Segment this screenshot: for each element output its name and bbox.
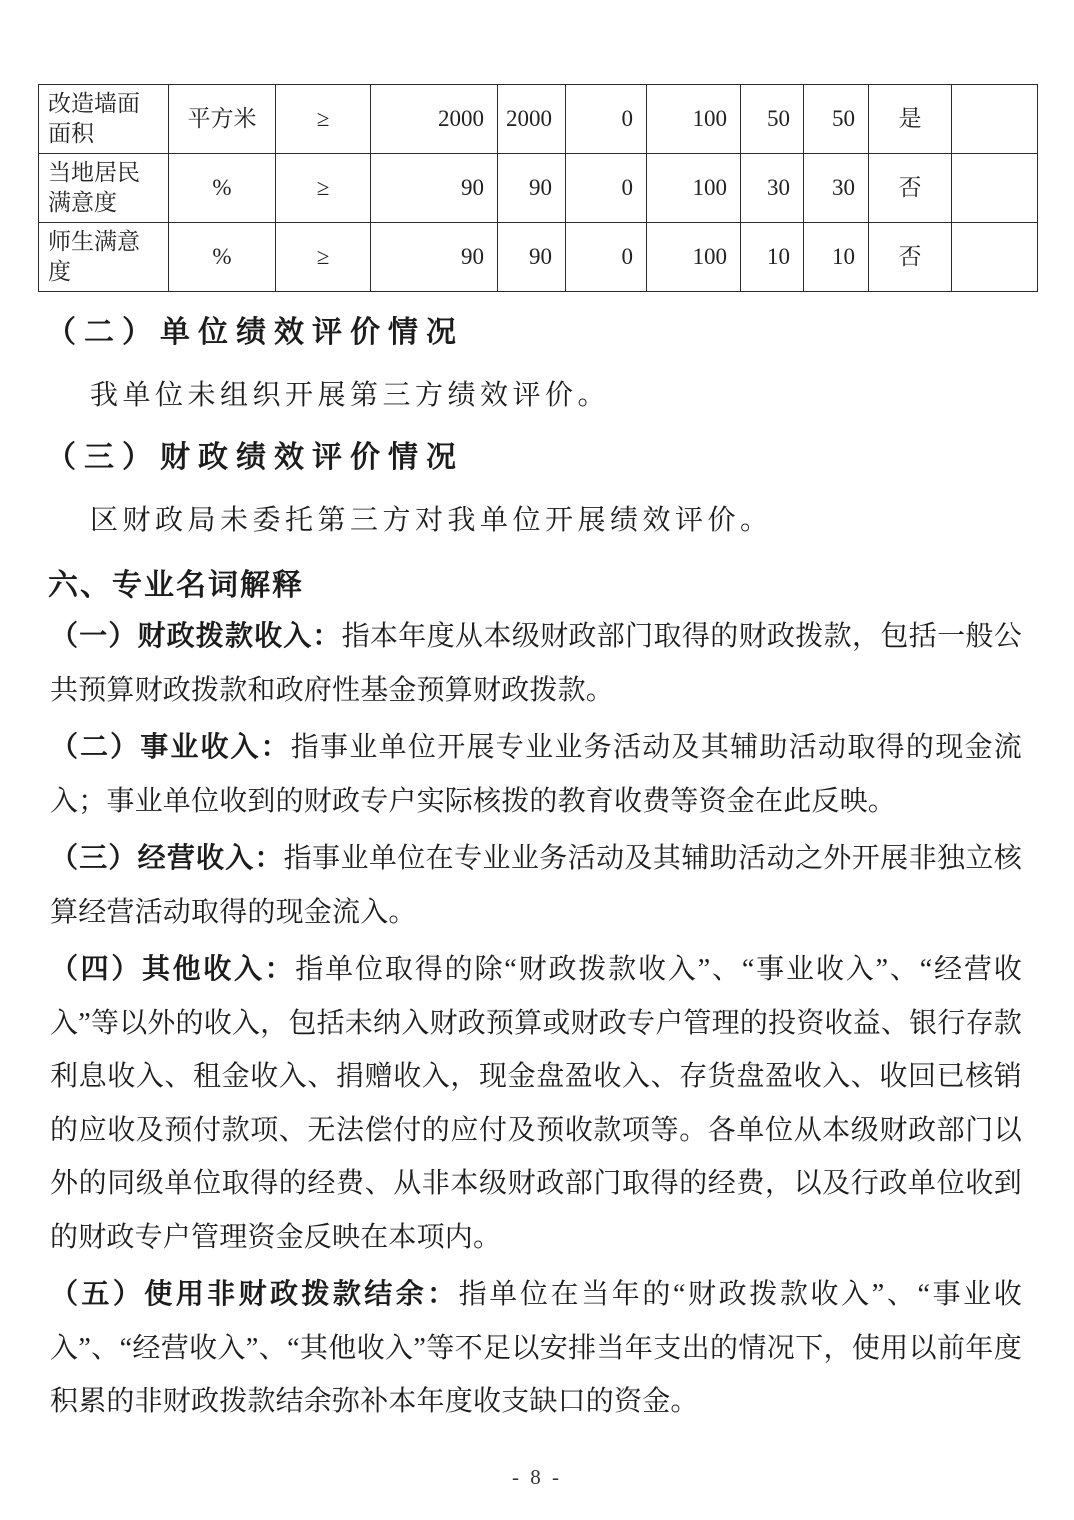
indicator-value-cell: 50	[804, 85, 869, 154]
document-body: （二）单位绩效评价情况 我单位未组织开展第三方绩效评价。 （三）财政绩效评价情况…	[50, 252, 1022, 1429]
definition-item-4: （四）其他收入：指单位取得的除“财政拨款收入”、“事业收入”、“经营收入”等以外…	[50, 943, 1022, 1264]
indicator-value-cell: 100	[647, 154, 741, 223]
indicator-value-cell: 90	[371, 154, 498, 223]
definition-item-3: （三）经营收入：指事业单位在专业业务活动及其辅助活动之外开展非独立核算经营活动取…	[50, 832, 1022, 939]
indicator-operator-cell: ≥	[276, 85, 371, 154]
indicator-empty-cell	[952, 154, 1038, 223]
indicator-flag-cell: 是	[869, 85, 952, 154]
indicator-row: 改造墙面面积 平方米 ≥ 2000 2000 0 100 50 50 是	[39, 85, 1038, 154]
definition-term: （四）其他收入：	[50, 954, 295, 985]
indicator-operator-cell: ≥	[276, 154, 371, 223]
indicator-value-cell: 2000	[371, 85, 498, 154]
indicator-unit-cell: 平方米	[169, 85, 276, 154]
paragraph-unit-evaluation: 我单位未组织开展第三方绩效评价。	[50, 369, 1022, 423]
indicator-unit-cell: %	[169, 154, 276, 223]
indicator-name-cell: 当地居民满意度	[39, 154, 169, 223]
indicator-value-cell: 0	[566, 154, 647, 223]
definition-item-5: （五）使用非财政拨款结余：指单位在当年的“财政拨款收入”、“事业收入”、“经营收…	[50, 1268, 1022, 1429]
indicator-value-cell: 100	[647, 85, 741, 154]
document-page: 改造墙面面积 平方米 ≥ 2000 2000 0 100 50 50 是 当地居…	[0, 0, 1074, 1520]
indicator-empty-cell	[952, 85, 1038, 154]
indicator-value-cell: 90	[498, 154, 566, 223]
indicator-row: 当地居民满意度 % ≥ 90 90 0 100 30 30 否	[39, 154, 1038, 223]
heading-unit-evaluation: （二）单位绩效评价情况	[46, 314, 1022, 352]
indicator-flag-cell: 否	[869, 154, 952, 223]
indicator-value-cell: 2000	[498, 85, 566, 154]
indicator-name-cell: 改造墙面面积	[39, 85, 169, 154]
indicator-value-cell: 30	[804, 154, 869, 223]
definition-term: （五）使用非财政拨款结余：	[50, 1279, 459, 1310]
definition-item-1: （一）财政拨款收入：指本年度从本级财政部门取得的财政拨款，包括一般公共预算财政拨…	[50, 610, 1022, 717]
definition-term: （二）事业收入：	[50, 732, 291, 763]
heading-fiscal-evaluation: （三）财政绩效评价情况	[46, 439, 1022, 477]
page-number: - 8 -	[0, 1465, 1074, 1490]
indicator-value-cell: 30	[741, 154, 804, 223]
heading-glossary: 六、专业名词解释	[48, 566, 1022, 606]
indicator-value-cell: 50	[741, 85, 804, 154]
definition-item-2: （二）事业收入：指事业单位开展专业业务活动及其辅助活动取得的现金流入；事业单位收…	[50, 721, 1022, 828]
definition-text: 指单位取得的除“财政拨款收入”、“事业收入”、“经营收入”等以外的收入，包括未纳…	[50, 954, 1022, 1253]
definition-term: （三）经营收入：	[50, 843, 284, 874]
definition-term: （一）财政拨款收入：	[50, 621, 342, 652]
indicator-value-cell: 0	[566, 85, 647, 154]
paragraph-fiscal-evaluation: 区财政局未委托第三方对我单位开展绩效评价。	[50, 494, 1022, 548]
